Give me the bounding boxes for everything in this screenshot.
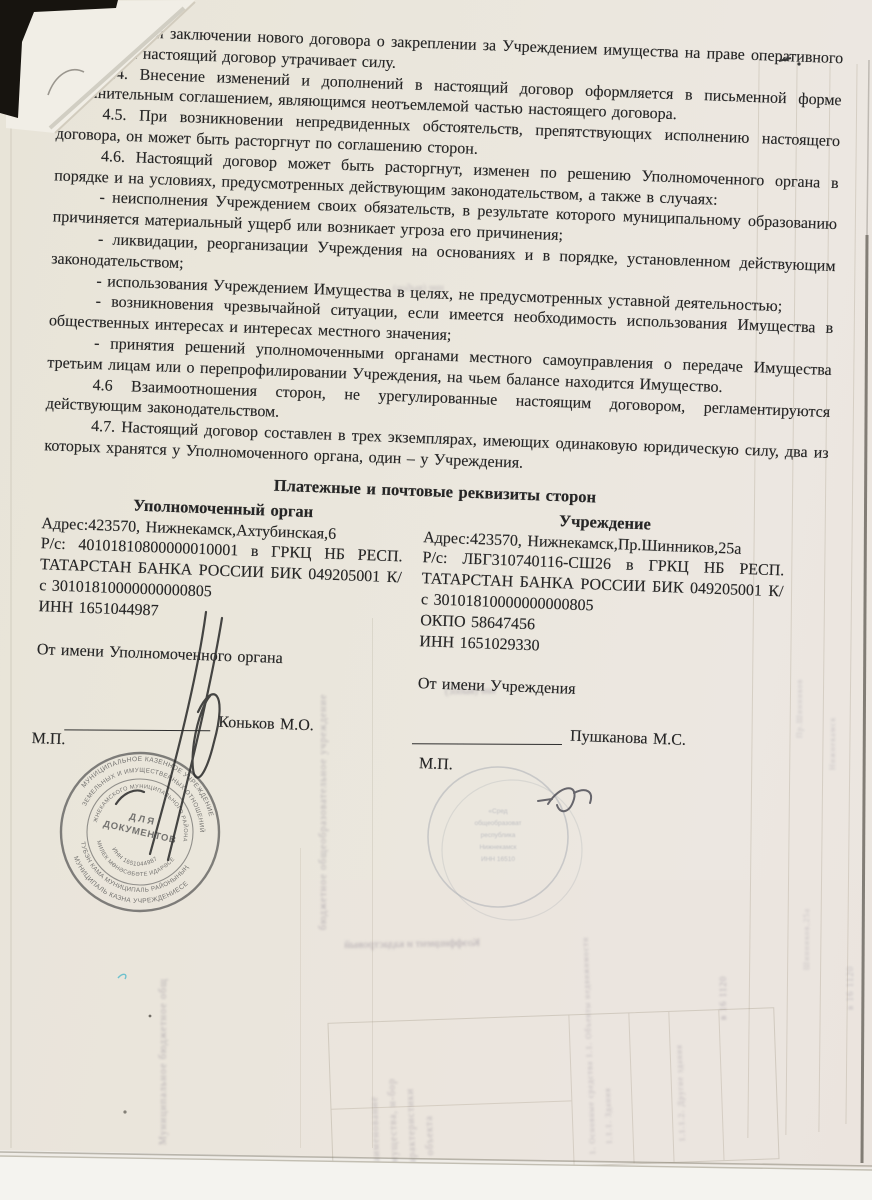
svg-text:общеобразоват: общеобразоват [474,819,521,827]
ghost-corner-value: в 16 1120 [845,950,855,1010]
signature-line [412,729,562,745]
ghost-margin-text: Нижнекамск [828,650,837,770]
ghost-column-line [300,848,301,1148]
round-stamp-right-icon: «Сред общеобразоват республика Нижнекамс… [420,757,595,932]
clauses-block: 4.3. При заключении нового договора о за… [44,21,843,486]
svg-text:ИНН 16510: ИНН 16510 [481,856,515,863]
scanned-contract-page: Муниципальное бюджетное общ бюджетное об… [0,0,872,1200]
ghost-margin-text: Шинников,25а [802,860,811,970]
on-behalf-label: От имени Учреждения [418,674,781,708]
signature-row: Пушканова М.С. [416,721,779,755]
ghost-table: Наименование имущества, н-бор характерис… [327,1007,779,1175]
ghost-text-strip: Муниципальное бюджетное общ [158,950,169,1145]
signature-strokes-icon [110,592,250,882]
handwritten-signature-icon [538,788,591,811]
svg-text:«Сред: «Сред [488,808,507,815]
ghost-crease-line [10,128,12,1148]
signer-name: Пушканова М.С. [570,727,687,752]
svg-text:республика: республика [481,831,516,839]
svg-text:Нижнекамск: Нижнекамск [479,844,516,851]
institution-column: Учреждение Адрес:423570, Нижнекамск,Пр.Ш… [415,505,787,788]
